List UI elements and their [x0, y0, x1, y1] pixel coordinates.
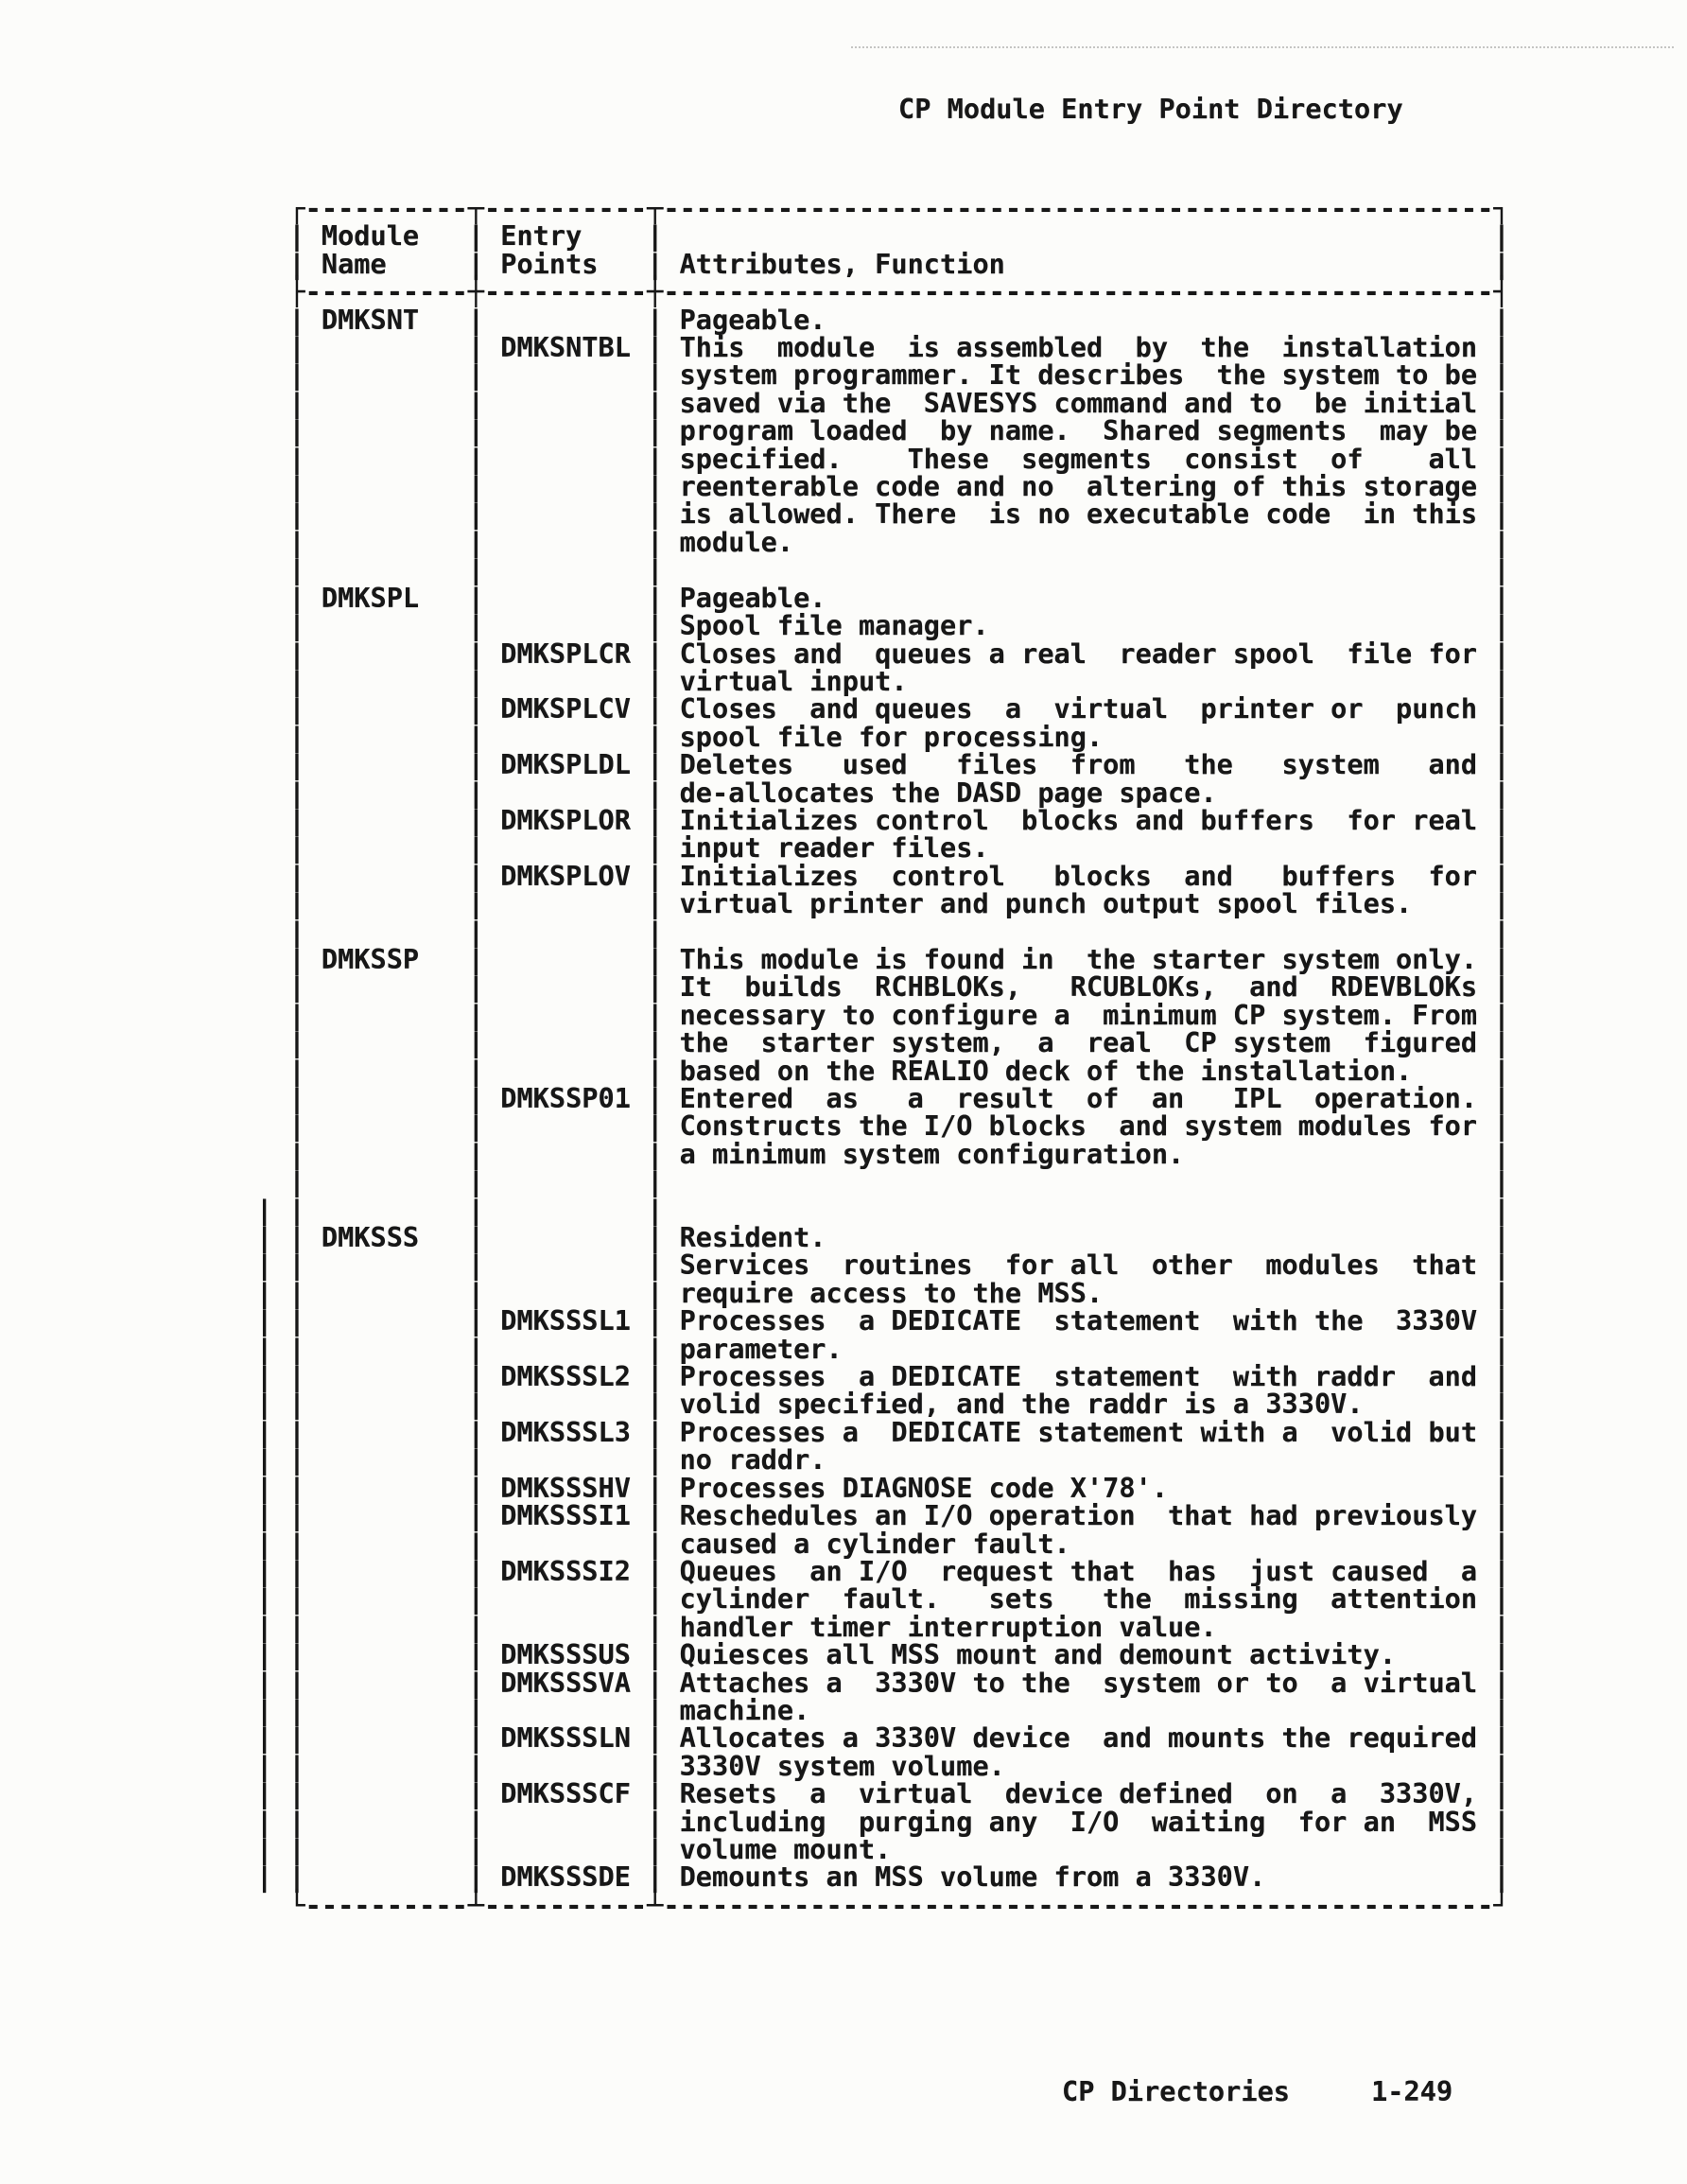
page-footer: CP Directories 1-249 — [1062, 2078, 1452, 2105]
page-title: CP Module Entry Point Directory — [898, 96, 1403, 123]
scan-noise-artifact — [851, 46, 1674, 48]
module-entry-point-directory-table: ┌----------┬----------┬-----------------… — [256, 195, 1510, 1919]
